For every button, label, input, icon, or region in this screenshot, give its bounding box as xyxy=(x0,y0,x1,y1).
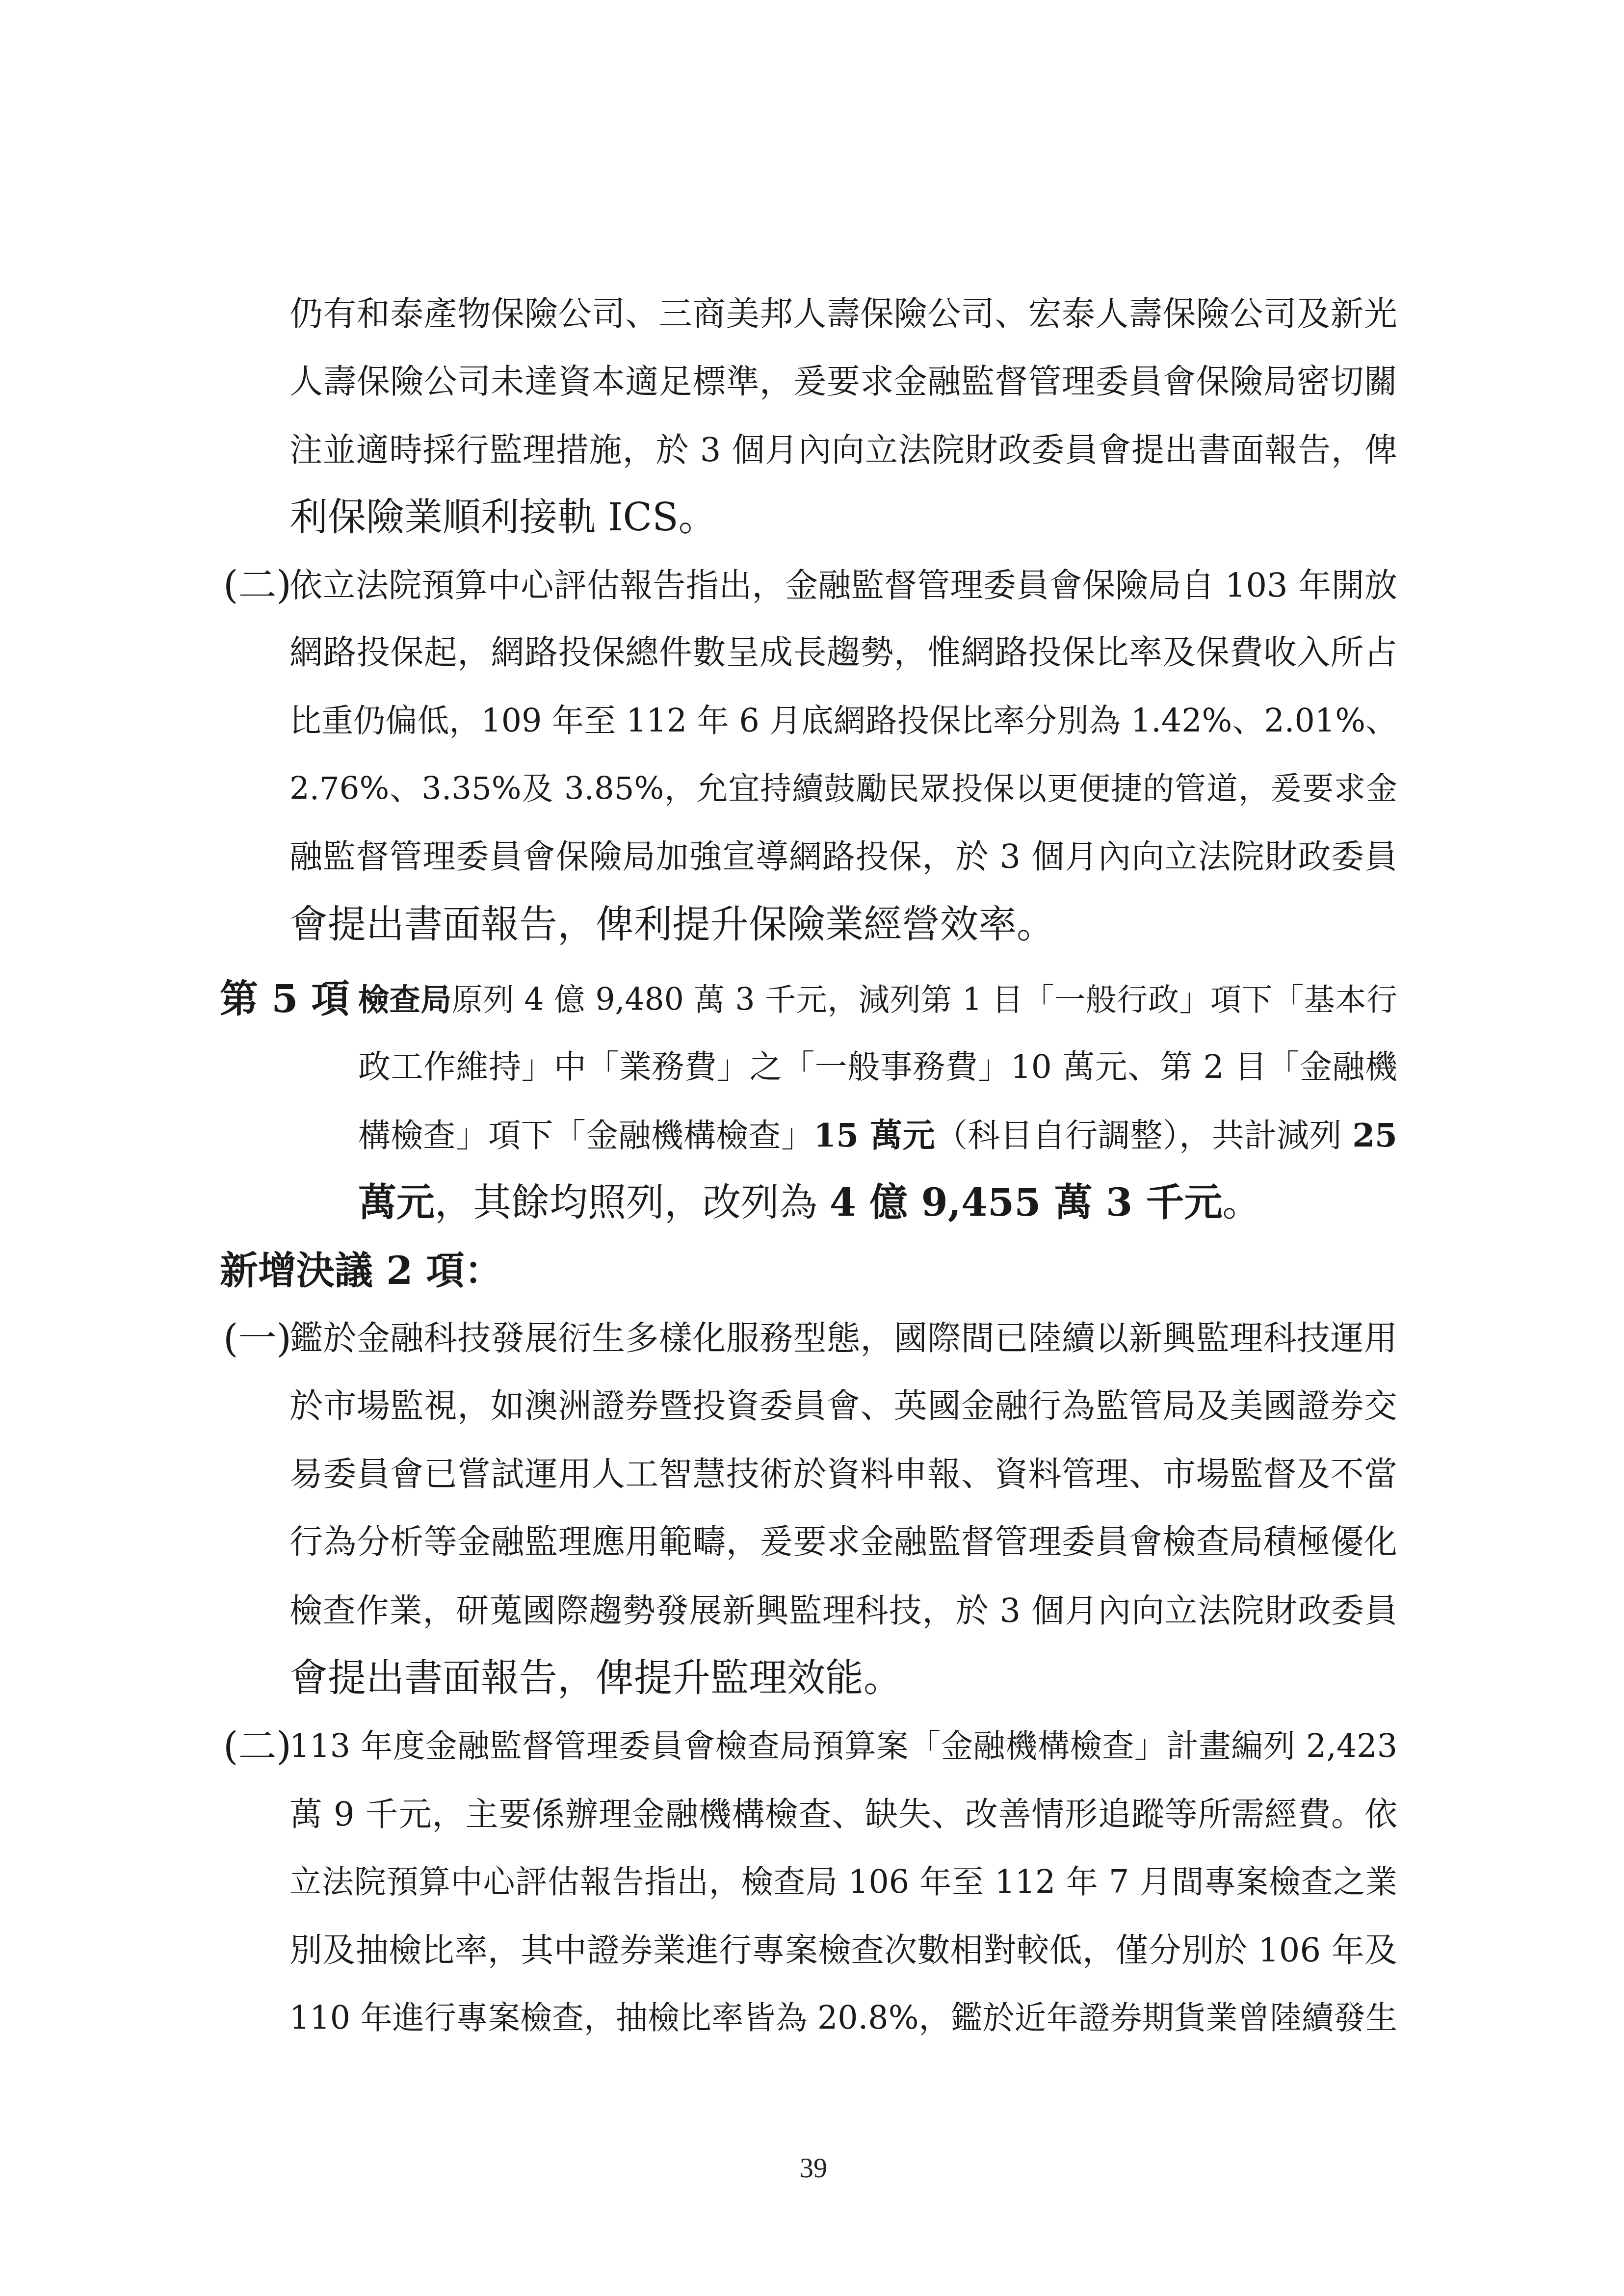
text-line: 易委員會已嘗試運用人工智慧技術於資料申報、資料管理、市場監督及不當 xyxy=(289,1448,1397,1502)
text-line: 檢查局原列 4 億 9,480 萬 3 千元，減列第 1 目「一般行政」項下「基… xyxy=(358,972,1397,1026)
text-line: 於市場監視，如澳洲證券暨投資委員會、英國金融行為監管局及美國證券交 xyxy=(289,1380,1397,1434)
text-line: 113 年度金融監督管理委員會檢查局預算案「金融機構檢查」計畫編列 2,423 xyxy=(289,1720,1397,1774)
amount-bold: 4 億 9,455 萬 3 千元 xyxy=(830,1180,1223,1225)
page-number: 39 xyxy=(800,2151,827,2186)
text-line: 鑑於金融科技發展衍生多樣化服務型態，國際間已陸續以新興監理科技運用 xyxy=(289,1312,1397,1366)
text-run: （科目自行調整），共計減列 xyxy=(935,1117,1352,1154)
text-line: 人壽保險公司未達資本適足標準，爰要求金融監督管理委員會保險局密切關 xyxy=(289,355,1397,409)
agency-name: 檢查局 xyxy=(358,981,452,1018)
text-run: ，其餘均照列，改列為 xyxy=(435,1181,830,1225)
amount-bold: 25 xyxy=(1352,1116,1397,1154)
amount-bold: 15 萬元 xyxy=(813,1116,935,1154)
text-line: 注並適時採行監理措施，於 3 個月內向立法院財政委員會提出書面報告，俾 xyxy=(289,423,1397,477)
text-line: 2.76%、3.35%及 3.85%，允宜持續鼓勵民眾投保以更便捷的管道，爰要求… xyxy=(289,762,1397,816)
text-line: 檢查作業，研蒐國際趨勢發展新興監理科技，於 3 個月內向立法院財政委員 xyxy=(289,1584,1397,1638)
text-line: 仍有和泰產物保險公司、三商美邦人壽保險公司、宏泰人壽保險公司及新光 xyxy=(289,287,1397,341)
text-line: 110 年進行專案檢查，抽檢比率皆為 20.8%，鑑於近年證券期貨業曾陸續發生 xyxy=(289,1991,1397,2045)
text-line: 萬元，其餘均照列，改列為 4 億 9,455 萬 3 千元。 xyxy=(358,1176,1397,1230)
list-marker: (二) xyxy=(223,1720,291,1774)
text-line: 行為分析等金融監理應用範疇，爰要求金融監督管理委員會檢查局積極優化 xyxy=(289,1515,1397,1569)
text-line: 比重仍偏低，109 年至 112 年 6 月底網路投保比率分別為 1.42%、2… xyxy=(289,694,1397,748)
text-line: 網路投保起，網路投保總件數呈成長趨勢，惟網路投保比率及保費收入所占 xyxy=(289,626,1397,680)
text-line: 政工作維持」中「業務費」之「一般事務費」10 萬元、第 2 目「金融機 xyxy=(358,1040,1397,1094)
resolutions-heading: 新增決議 2 項： xyxy=(220,1244,503,1298)
amount-bold: 萬元 xyxy=(358,1180,435,1225)
text-line: 別及抽檢比率，其中證券業進行專案檢查次數相對較低，僅分別於 106 年及 xyxy=(289,1923,1397,1977)
text-run: 。 xyxy=(1222,1181,1260,1225)
text-line: 會提出書面報告，俾利提升保險業經營效率。 xyxy=(289,898,1397,952)
section-label: 第 5 項 xyxy=(220,972,350,1026)
text-run: 原列 4 億 9,480 萬 3 千元，減列第 1 目「一般行政」項下「基本行 xyxy=(452,982,1397,1018)
text-line: 會提出書面報告，俾提升監理效能。 xyxy=(289,1651,1397,1705)
text-run: 構檢查」項下「金融機構檢查」 xyxy=(358,1117,813,1154)
text-run: 政工作維持」中「業務費」之「一般事務費」10 萬元、第 2 目「金融機 xyxy=(358,1048,1397,1086)
list-marker: (一) xyxy=(223,1312,291,1366)
text-line: 立法院預算中心評估報告指出，檢查局 106 年至 112 年 7 月間專案檢查之… xyxy=(289,1855,1397,1909)
text-line: 利保險業順利接軌 ICS。 xyxy=(289,491,1397,545)
text-line: 融監督管理委員會保險局加強宣導網路投保，於 3 個月內向立法院財政委員 xyxy=(289,830,1397,884)
list-marker: (二) xyxy=(223,558,291,612)
text-line: 萬 9 千元，主要係辦理金融機構檢查、缺失、改善情形追蹤等所需經費。依 xyxy=(289,1787,1397,1841)
text-line: 構檢查」項下「金融機構檢查」15 萬元（科目自行調整），共計減列 25 xyxy=(358,1108,1397,1162)
text-line: 依立法院預算中心評估報告指出，金融監督管理委員會保險局自 103 年開放 xyxy=(289,558,1397,612)
document-page: 仍有和泰產物保險公司、三商美邦人壽保險公司、宏泰人壽保險公司及新光 人壽保險公司… xyxy=(0,0,1624,2296)
